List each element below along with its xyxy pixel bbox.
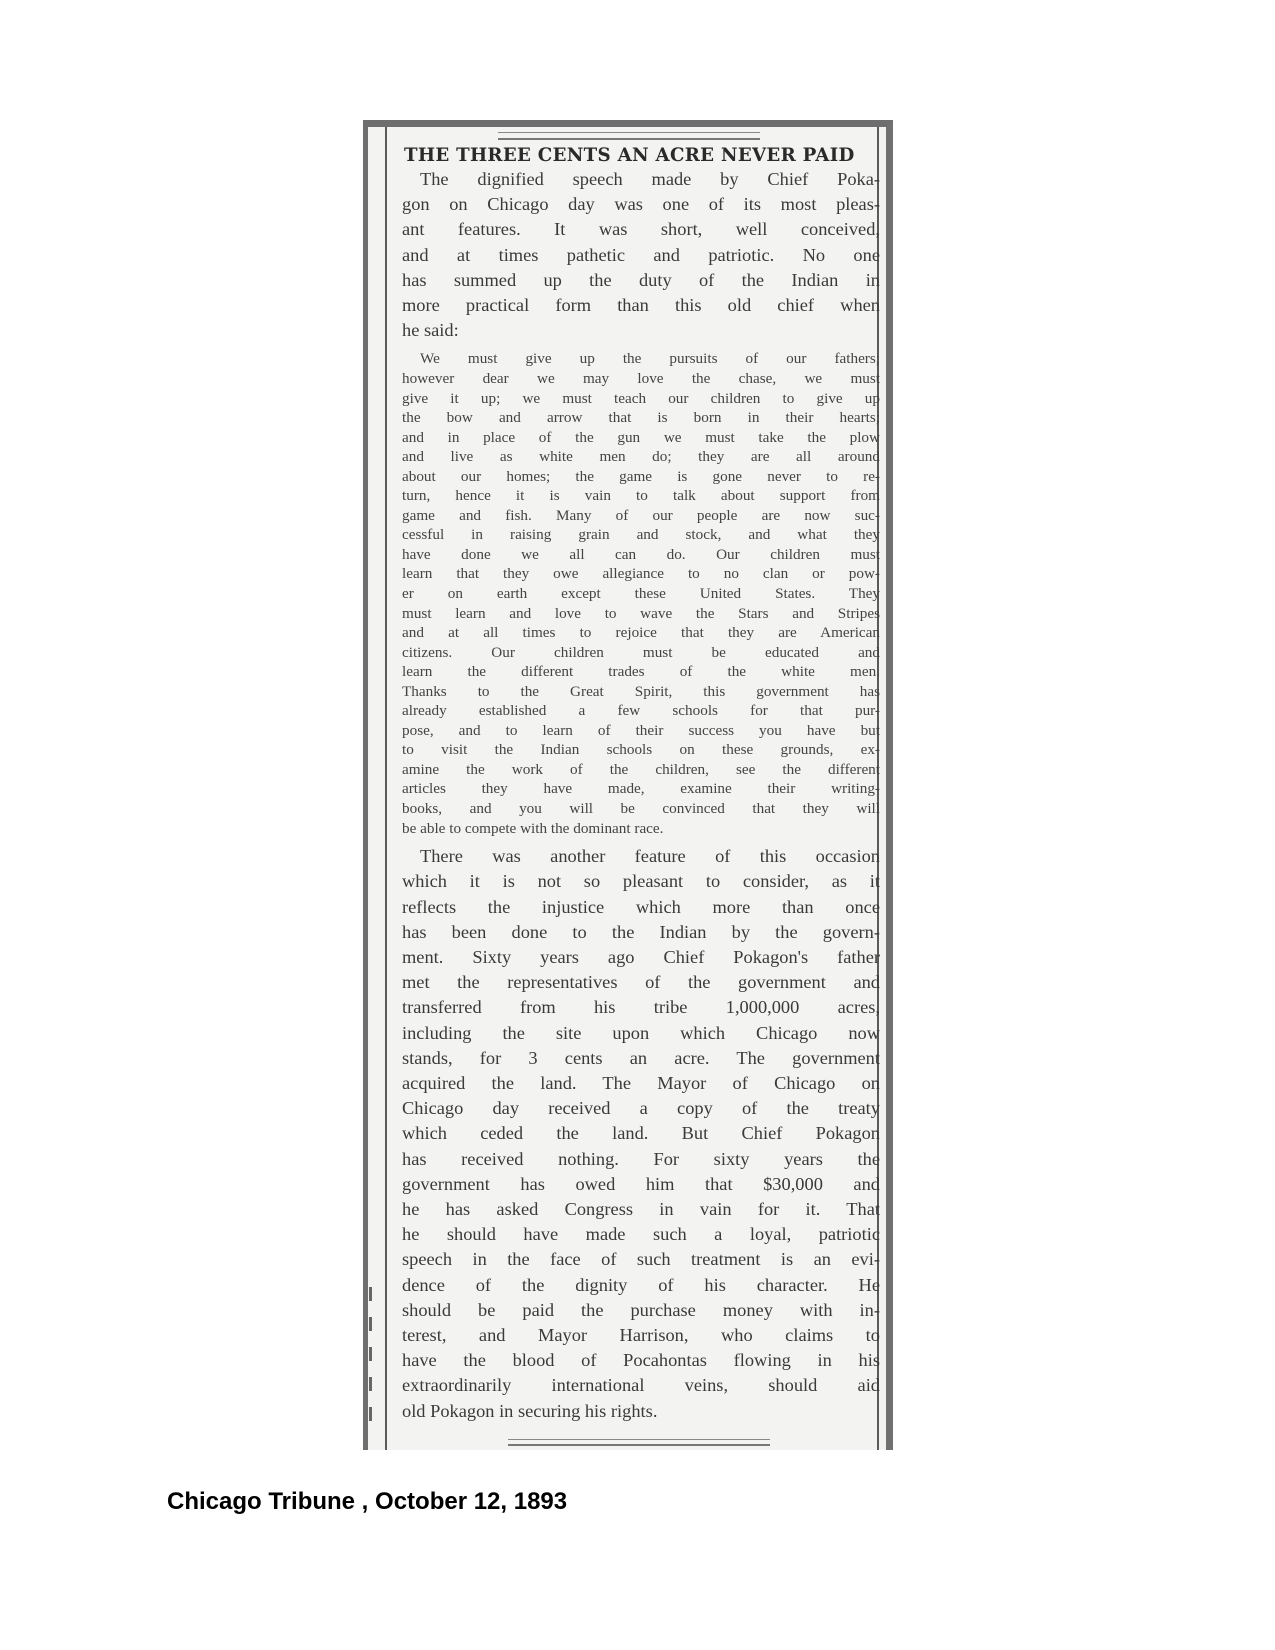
text-line: stands, for 3 cents an acre. The governm… bbox=[402, 1046, 880, 1071]
text-line: Chicago day received a copy of the treat… bbox=[402, 1096, 880, 1121]
text-line: pose, and to learn of their success you … bbox=[402, 721, 880, 741]
text-line: The dignified speech made by Chief Poka- bbox=[402, 167, 880, 192]
text-line: old Pokagon in securing his rights. bbox=[402, 1399, 880, 1424]
text-line: he should have made such a loyal, patrio… bbox=[402, 1222, 880, 1247]
text-line: must learn and love to wave the Stars an… bbox=[402, 604, 880, 624]
text-line: including the site upon which Chicago no… bbox=[402, 1021, 880, 1046]
text-line: citizens. Our children must be educated … bbox=[402, 643, 880, 663]
text-line: should be paid the purchase money with i… bbox=[402, 1298, 880, 1323]
text-line: which ceded the land. But Chief Pokagon bbox=[402, 1121, 880, 1146]
text-line: We must give up the pursuits of our fath… bbox=[402, 349, 880, 369]
text-line: extraordinarily international veins, sho… bbox=[402, 1373, 880, 1398]
text-line: however dear we may love the chase, we m… bbox=[402, 369, 880, 389]
text-line: about our homes; the game is gone never … bbox=[402, 467, 880, 487]
text-line: transferred from his tribe 1,000,000 acr… bbox=[402, 995, 880, 1020]
text-line: articles they have made, examine their w… bbox=[402, 779, 880, 799]
text-line: has summed up the duty of the Indian in bbox=[402, 268, 880, 293]
text-line: has received nothing. For sixty years th… bbox=[402, 1147, 880, 1172]
top-divider-rule bbox=[498, 132, 760, 140]
intro-paragraph: The dignified speech made by Chief Poka-… bbox=[402, 167, 880, 343]
text-line: have the blood of Pocahontas flowing in … bbox=[402, 1348, 880, 1373]
text-line: has been done to the Indian by the gover… bbox=[402, 920, 880, 945]
article: THE THREE CENTS AN ACRE NEVER PAID The d… bbox=[402, 145, 880, 1424]
bottom-divider-rule bbox=[508, 1439, 770, 1446]
text-line: reflects the injustice which more than o… bbox=[402, 895, 880, 920]
text-line: ant features. It was short, well conceiv… bbox=[402, 217, 880, 242]
text-line: er on earth except these United States. … bbox=[402, 584, 880, 604]
text-line: he said: bbox=[402, 318, 880, 343]
text-line: met the representatives of the governmen… bbox=[402, 970, 880, 995]
text-line: give it up; we must teach our children t… bbox=[402, 389, 880, 409]
column-rule-left bbox=[385, 127, 387, 1450]
text-line: amine the work of the children, see the … bbox=[402, 760, 880, 780]
text-line: acquired the land. The Mayor of Chicago … bbox=[402, 1071, 880, 1096]
text-line: dence of the dignity of his character. H… bbox=[402, 1273, 880, 1298]
text-line: There was another feature of this occasi… bbox=[402, 844, 880, 869]
article-headline: THE THREE CENTS AN ACRE NEVER PAID bbox=[404, 145, 880, 167]
source-caption: Chicago Tribune , October 12, 1893 bbox=[167, 1488, 567, 1516]
text-line: and in place of the gun we must take the… bbox=[402, 428, 880, 448]
text-line: have done we all can do. Our children mu… bbox=[402, 545, 880, 565]
text-line: books, and you will be convinced that th… bbox=[402, 799, 880, 819]
text-line: and live as white men do; they are all a… bbox=[402, 447, 880, 467]
text-line: turn, hence it is vain to talk about sup… bbox=[402, 486, 880, 506]
text-line: which it is not so pleasant to consider,… bbox=[402, 869, 880, 894]
text-line: be able to compete with the dominant rac… bbox=[402, 819, 880, 839]
text-line: game and fish. Many of our people are no… bbox=[402, 506, 880, 526]
text-line: ment. Sixty years ago Chief Pokagon's fa… bbox=[402, 945, 880, 970]
text-line: speech in the face of such treatment is … bbox=[402, 1247, 880, 1272]
newspaper-clipping: THE THREE CENTS AN ACRE NEVER PAID The d… bbox=[363, 120, 893, 1450]
text-line: already established a few schools for th… bbox=[402, 701, 880, 721]
text-line: and at all times to rejoice that they ar… bbox=[402, 623, 880, 643]
quoted-speech: We must give up the pursuits of our fath… bbox=[402, 349, 880, 838]
text-line: terest, and Mayor Harrison, who claims t… bbox=[402, 1323, 880, 1348]
text-line: cessful in raising grain and stock, and … bbox=[402, 525, 880, 545]
text-line: government has owed him that $30,000 and bbox=[402, 1172, 880, 1197]
text-line: gon on Chicago day was one of its most p… bbox=[402, 192, 880, 217]
text-line: the bow and arrow that is born in their … bbox=[402, 408, 880, 428]
text-line: learn that they owe allegiance to no cla… bbox=[402, 564, 880, 584]
text-line: to visit the Indian schools on these gro… bbox=[402, 740, 880, 760]
margin-marks bbox=[369, 1287, 375, 1447]
text-line: more practical form than this old chief … bbox=[402, 293, 880, 318]
text-line: and at times pathetic and patriotic. No … bbox=[402, 243, 880, 268]
text-line: learn the different trades of the white … bbox=[402, 662, 880, 682]
body-paragraph: There was another feature of this occasi… bbox=[402, 844, 880, 1424]
text-line: he has asked Congress in vain for it. Th… bbox=[402, 1197, 880, 1222]
text-line: Thanks to the Great Spirit, this governm… bbox=[402, 682, 880, 702]
